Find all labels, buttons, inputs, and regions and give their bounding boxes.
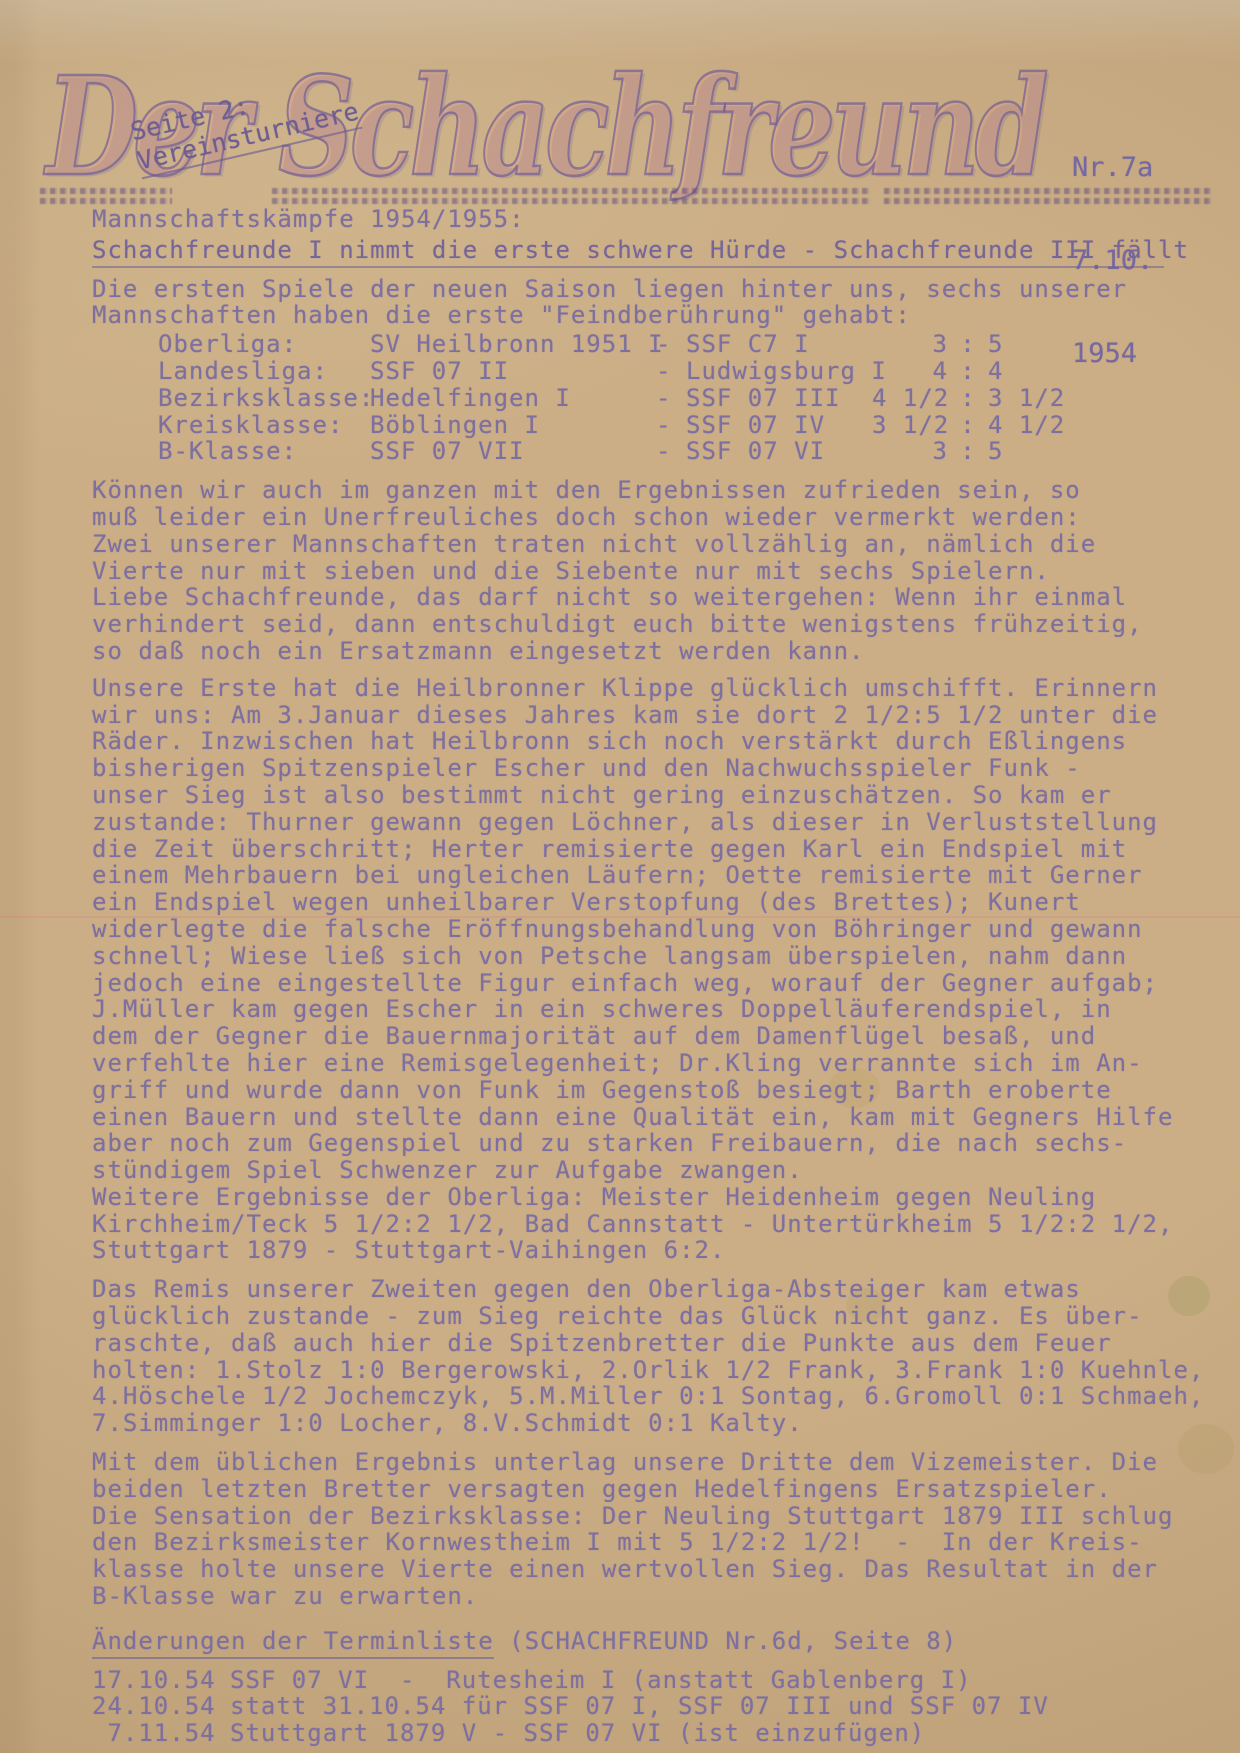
league-label: Bezirksklasse: — [158, 385, 370, 412]
newsletter-page: { "masthead": { "title": "Der Schachfreu… — [0, 0, 1240, 1753]
ornament-band — [272, 198, 870, 204]
home-team: SSF 07 VII — [370, 438, 656, 465]
text-line: Zwei unserer Mannschaften traten nicht v… — [92, 531, 1164, 558]
ornament-band — [884, 188, 1214, 194]
text-line: Vierte nur mit sieben und die Siebente n… — [92, 558, 1164, 585]
away-score: 4 1/2 — [988, 412, 1164, 439]
paragraph-third-team: Mit dem üblichen Ergebnis unterlag unser… — [92, 1449, 1164, 1610]
text-line: so daß noch ein Ersatzmann eingesetzt we… — [92, 638, 1164, 665]
masthead: Der Schachfreund Seite 2: Vereinsturnier… — [0, 0, 1240, 215]
text-line: aber noch zum Gegenspiel und zu starken … — [92, 1130, 1164, 1157]
schedule-rows: 17.10.54SSF 07 VI - Rutesheim I (anstatt… — [92, 1667, 1164, 1747]
away-team: SSF 07 III — [686, 385, 872, 412]
text-line: ein Endspiel wegen unheilbarer Verstopfu… — [92, 889, 1164, 916]
away-team: SSF 07 VI — [686, 438, 872, 465]
ornament-band — [272, 188, 870, 194]
results-table: Oberliga:SV Heilbronn 1951 I-SSF C7 I3:5… — [158, 331, 1164, 465]
schedule-text: Stuttgart 1879 V - SSF 07 VI (ist einzuf… — [230, 1720, 1164, 1747]
schedule-date: 17.10.54 — [92, 1667, 230, 1694]
text-line: schnell; Wiese ließ sich von Petsche lan… — [92, 943, 1164, 970]
text-line: einem Mehrbauern bei ungleichen Läufern;… — [92, 862, 1164, 889]
text-line: Weitere Ergebnisse der Oberliga: Meister… — [92, 1184, 1164, 1211]
text-line: 7.Simminger 1:0 Locher, 8.V.Schmidt 0:1 … — [92, 1410, 1164, 1437]
text-line: holten: 1.Stolz 1:0 Bergerowski, 2.Orlik… — [92, 1357, 1164, 1384]
text-line: zustande: Thurner gewann gegen Löchner, … — [92, 809, 1164, 836]
schedule-heading-rest: (SCHACHFREUND Nr.6d, Seite 8) — [494, 1627, 957, 1655]
text-line: griff und wurde dann von Funk im Gegenst… — [92, 1077, 1164, 1104]
vs-dash: - — [656, 385, 686, 412]
away-score: 5 — [988, 438, 1164, 465]
text-line: Das Remis unserer Zweiten gegen den Ober… — [92, 1276, 1164, 1303]
text-line: bisherigen Spitzenspieler Escher und den… — [92, 755, 1164, 782]
text-line: den Bezirksmeister Kornwestheim I mit 5 … — [92, 1529, 1164, 1556]
home-score: 3 — [872, 438, 948, 465]
schedule-heading-underlined: Änderungen der Terminliste — [92, 1627, 494, 1659]
schedule-date: 24.10.54 — [92, 1693, 230, 1720]
text-line: widerlegte die falsche Eröffnungsbehandl… — [92, 916, 1164, 943]
text-line: stündigem Spiel Schwenzer zur Aufgabe zw… — [92, 1157, 1164, 1184]
away-score: 4 — [988, 358, 1164, 385]
home-score: 4 1/2 — [872, 385, 948, 412]
text-line: wir uns: Am 3.Januar dieses Jahres kam s… — [92, 702, 1164, 729]
score-colon: : — [948, 331, 988, 358]
paragraph-discipline: Können wir auch im ganzen mit den Ergebn… — [92, 477, 1164, 665]
season-heading: Mannschaftskämpfe 1954/1955: — [92, 206, 1164, 233]
result-row: B-Klasse:SSF 07 VII-SSF 07 VI3:5 — [158, 438, 1164, 465]
result-row: Landesliga:SSF 07 II-Ludwigsburg I4:4 — [158, 358, 1164, 385]
away-score: 5 — [988, 331, 1164, 358]
schedule-text: statt 31.10.54 für SSF 07 I, SSF 07 III … — [230, 1693, 1164, 1720]
away-team: SSF C7 I — [686, 331, 872, 358]
text-line: einen Bauern und stellte dann eine Quali… — [92, 1104, 1164, 1131]
ornament-band — [40, 198, 172, 204]
text-line: J.Müller kam gegen Escher in ein schwere… — [92, 996, 1164, 1023]
away-team: SSF 07 IV — [686, 412, 872, 439]
home-team: SV Heilbronn 1951 I — [370, 331, 656, 358]
text-line: die Zeit überschritt; Herter remisierte … — [92, 836, 1164, 863]
vs-dash: - — [656, 331, 686, 358]
league-label: Kreisklasse: — [158, 412, 370, 439]
text-line: beiden letzten Bretter versagten gegen H… — [92, 1476, 1164, 1503]
away-team: Ludwigsburg I — [686, 358, 872, 385]
text-line: Die Sensation der Bezirksklasse: Der Neu… — [92, 1503, 1164, 1530]
ornament-band — [40, 188, 172, 194]
text-line: 4.Höschele 1/2 Jochemczyk, 5.M.Miller 0:… — [92, 1383, 1164, 1410]
text-line: verhindert seid, dann entschuldigt euch … — [92, 611, 1164, 638]
league-label: B-Klasse: — [158, 438, 370, 465]
league-label: Oberliga: — [158, 331, 370, 358]
league-label: Landesliga: — [158, 358, 370, 385]
schedule-row: 24.10.54statt 31.10.54 für SSF 07 I, SSF… — [92, 1693, 1164, 1720]
schedule-date: 7.11.54 — [92, 1720, 230, 1747]
home-team: SSF 07 II — [370, 358, 656, 385]
text-line: B-Klasse war zu erwarten. — [92, 1583, 1164, 1610]
text-line: jedoch eine eingestellte Figur einfach w… — [92, 970, 1164, 997]
text-line: Liebe Schachfreunde, das darf nicht so w… — [92, 584, 1164, 611]
schedule-row: 7.11.54Stuttgart 1879 V - SSF 07 VI (ist… — [92, 1720, 1164, 1747]
home-score: 4 — [872, 358, 948, 385]
text-line: Können wir auch im ganzen mit den Ergebn… — [92, 477, 1164, 504]
paragraph-first-team: Unsere Erste hat die Heilbronner Klippe … — [92, 675, 1164, 1265]
paragraph-second-team: Das Remis unserer Zweiten gegen den Ober… — [92, 1276, 1164, 1437]
text-line: raschte, daß auch hier die Spitzenbrette… — [92, 1330, 1164, 1357]
result-row: Oberliga:SV Heilbronn 1951 I-SSF C7 I3:5 — [158, 331, 1164, 358]
text-line: verfehlte hier eine Remisgelegenheit; Dr… — [92, 1050, 1164, 1077]
text-line: Räder. Inzwischen hat Heilbronn sich noc… — [92, 728, 1164, 755]
text-line: Mannschaften haben die erste "Feindberüh… — [92, 302, 1164, 329]
vs-dash: - — [656, 412, 686, 439]
text-line: muß leider ein Unerfreuliches doch schon… — [92, 504, 1164, 531]
schedule-heading: Änderungen der Terminliste (SCHACHFREUND… — [92, 1628, 1164, 1655]
text-line: dem der Gegner die Bauernmajorität auf d… — [92, 1023, 1164, 1050]
text-line: klasse holte unsere Vierte einen wertvol… — [92, 1556, 1164, 1583]
result-row: Kreisklasse:Böblingen I-SSF 07 IV3 1/2:4… — [158, 412, 1164, 439]
result-row: Bezirksklasse:Hedelfingen I-SSF 07 III4 … — [158, 385, 1164, 412]
text-line: Die ersten Spiele der neuen Saison liege… — [92, 276, 1164, 303]
score-colon: : — [948, 412, 988, 439]
text-line: glücklich zustande - zum Sieg reichte da… — [92, 1303, 1164, 1330]
home-score: 3 1/2 — [872, 412, 948, 439]
article-headline: Schachfreunde I nimmt die erste schwere … — [92, 237, 1164, 268]
issue-number: Nr.7a — [1072, 152, 1153, 183]
home-team: Böblingen I — [370, 412, 656, 439]
paper-stain — [1168, 1276, 1210, 1316]
intro-paragraph: Die ersten Spiele der neuen Saison liege… — [92, 276, 1164, 330]
text-line: Kirchheim/Teck 5 1/2:2 1/2, Bad Cannstat… — [92, 1211, 1164, 1238]
article-body: Mannschaftskämpfe 1954/1955: Schachfreun… — [92, 206, 1164, 1747]
text-line: Unsere Erste hat die Heilbronner Klippe … — [92, 675, 1164, 702]
score-colon: : — [948, 385, 988, 412]
home-team: Hedelfingen I — [370, 385, 656, 412]
vs-dash: - — [656, 438, 686, 465]
home-score: 3 — [872, 331, 948, 358]
vs-dash: - — [656, 358, 686, 385]
text-line: unser Sieg ist also bestimmt nicht gerin… — [92, 782, 1164, 809]
schedule-row: 17.10.54SSF 07 VI - Rutesheim I (anstatt… — [92, 1667, 1164, 1694]
score-colon: : — [948, 358, 988, 385]
schedule-text: SSF 07 VI - Rutesheim I (anstatt Gablenb… — [230, 1667, 1164, 1694]
score-colon: : — [948, 438, 988, 465]
text-line: Mit dem üblichen Ergebnis unterlag unser… — [92, 1449, 1164, 1476]
ornament-band — [884, 198, 1214, 204]
paper-stain — [1178, 1424, 1234, 1474]
away-score: 3 1/2 — [988, 385, 1164, 412]
text-line: Stuttgart 1879 - Stuttgart-Vaihingen 6:2… — [92, 1237, 1164, 1264]
